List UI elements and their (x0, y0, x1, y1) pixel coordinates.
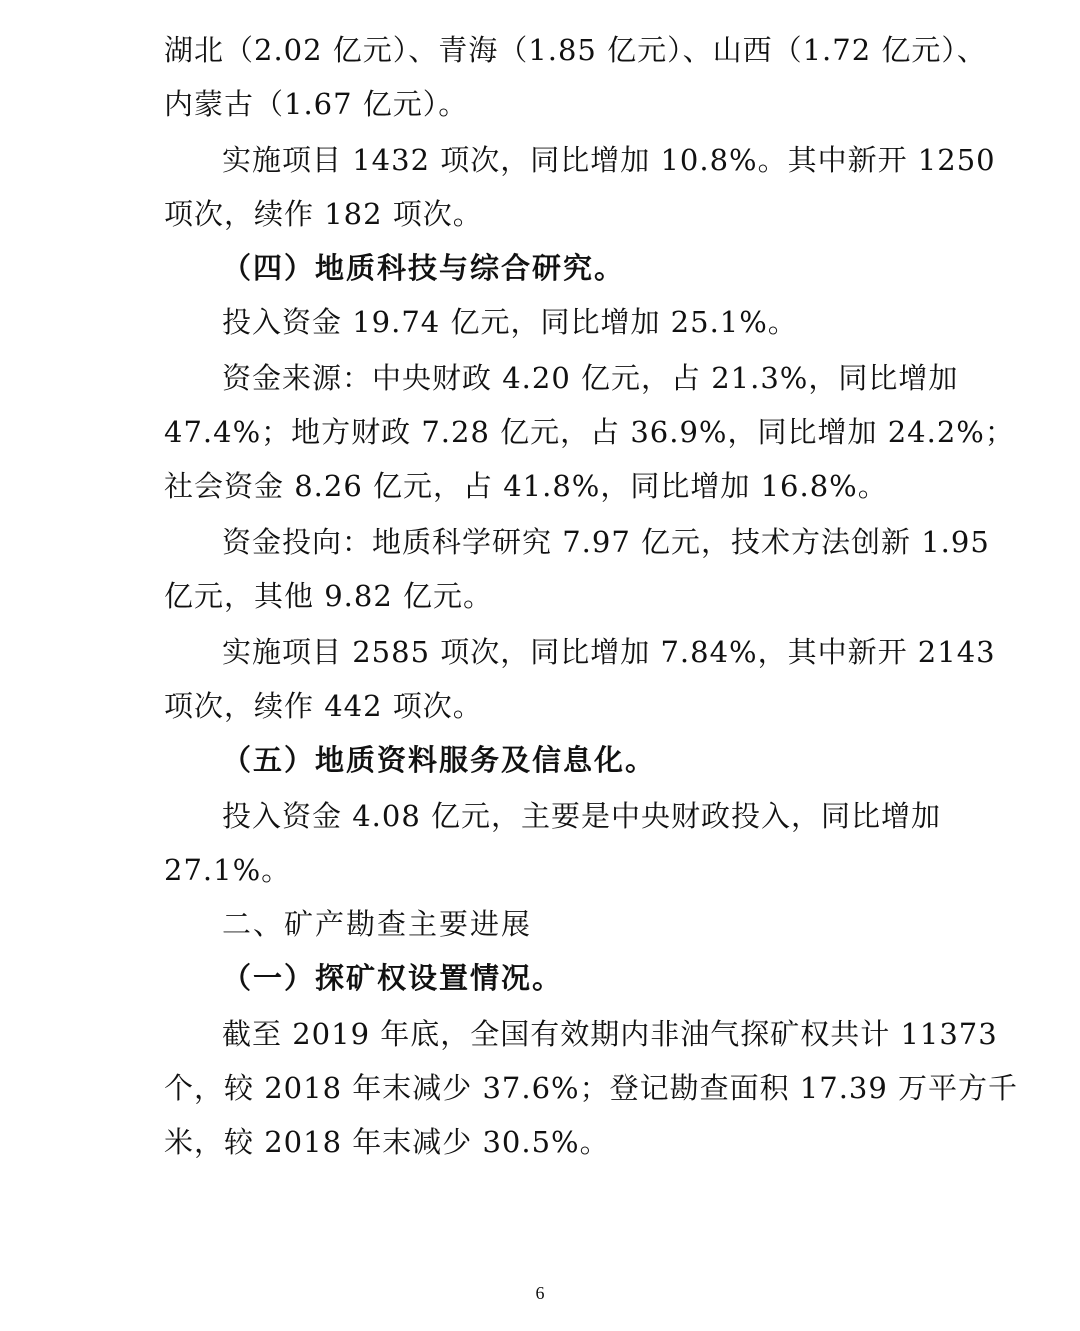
paragraph-line: 项次，续作 442 项次。 (164, 686, 483, 726)
section-heading-1: （一）探矿权设置情况。 (222, 958, 563, 998)
paragraph-line: 47.4%；地方财政 7.28 亿元，占 36.9%，同比增加 24.2%； (164, 412, 1015, 452)
section-heading-5: （五）地质资料服务及信息化。 (222, 740, 656, 780)
paragraph-line: 亿元，其他 9.82 亿元。 (164, 576, 493, 616)
paragraph-line: 投入资金 19.74 亿元，同比增加 25.1%。 (222, 302, 798, 342)
paragraph-line: 社会资金 8.26 亿元，占 41.8%，同比增加 16.8%。 (164, 466, 888, 506)
paragraph-line: 资金投向：地质科学研究 7.97 亿元，技术方法创新 1.95 (222, 522, 990, 562)
paragraph-line: 实施项目 1432 项次，同比增加 10.8%。其中新开 1250 (222, 140, 996, 180)
section-heading-4: （四）地质科技与综合研究。 (222, 248, 625, 288)
paragraph-line: 截至 2019 年底，全国有效期内非油气探矿权共计 11373 (222, 1014, 998, 1054)
chapter-heading-2: 二、矿产勘查主要进展 (222, 904, 532, 944)
paragraph-line: 米，较 2018 年末减少 30.5%。 (164, 1122, 610, 1162)
paragraph-line: 个，较 2018 年末减少 37.6%；登记勘查面积 17.39 万平方千 (164, 1068, 1018, 1108)
paragraph-line: 湖北（2.02 亿元）、青海（1.85 亿元）、山西（1.72 亿元）、 (164, 30, 987, 70)
paragraph-line: 实施项目 2585 项次，同比增加 7.84%，其中新开 2143 (222, 632, 996, 672)
paragraph-line: 项次，续作 182 项次。 (164, 194, 483, 234)
paragraph-line: 资金来源：中央财政 4.20 亿元，占 21.3%，同比增加 (222, 358, 958, 398)
paragraph-line: 内蒙古（1.67 亿元）。 (164, 84, 468, 124)
page-number: 6 (0, 1283, 1080, 1304)
paragraph-line: 27.1%。 (164, 850, 291, 890)
paragraph-line: 投入资金 4.08 亿元，主要是中央财政投入，同比增加 (222, 796, 941, 836)
